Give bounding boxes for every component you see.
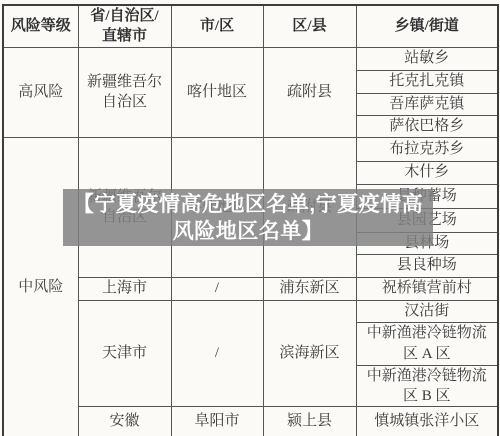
county-cell: 滨海新区 bbox=[263, 300, 356, 407]
township-cell: 托克扎克镇 bbox=[356, 70, 498, 93]
township-cell: 县良种场 bbox=[356, 254, 498, 277]
watermark-overlay: 【宁夏疫情高危地区名单,宁夏疫情高 风险地区名单】 bbox=[63, 189, 433, 246]
city-cell: / bbox=[171, 277, 263, 300]
province-cell: 安徽 bbox=[78, 407, 171, 436]
risk-level-cell-medium: 中风险 bbox=[3, 137, 78, 436]
township-cell: 布拉克苏乡 bbox=[356, 137, 498, 161]
table-row: 中风险 新疆维吾尔 自治区 喀什地区 疏附县 布拉克苏乡 bbox=[3, 137, 498, 161]
province-cell: 天津市 bbox=[78, 300, 171, 407]
table-row: 天津市 / 滨海新区 汉沽街 bbox=[3, 300, 498, 322]
header-city: 市/区 bbox=[171, 5, 263, 47]
province-cell: 上海市 bbox=[78, 277, 171, 300]
township-cell: 萨依巴格乡 bbox=[356, 115, 498, 137]
header-county: 区/县 bbox=[263, 5, 356, 47]
city-cell: / bbox=[171, 300, 263, 407]
city-cell: 喀什地区 bbox=[171, 47, 263, 137]
header-province: 省/自治区/ 直辖市 bbox=[78, 5, 171, 47]
watermark-line-1: 【宁夏疫情高危地区名单,宁夏疫情高 bbox=[73, 191, 423, 218]
header-township: 乡镇/街道 bbox=[356, 5, 498, 47]
header-risk-level: 风险等级 bbox=[3, 5, 78, 47]
county-cell: 疏附县 bbox=[263, 47, 356, 137]
risk-level-cell-high: 高风险 bbox=[3, 47, 78, 137]
city-cell: 阜阳市 bbox=[171, 407, 263, 436]
province-cell: 新疆维吾尔 自治区 bbox=[78, 47, 171, 137]
county-cell: 颍上县 bbox=[263, 407, 356, 436]
township-cell: 祝桥镇营前村 bbox=[356, 277, 498, 300]
table-row: 安徽 阜阳市 颍上县 慎城镇张洋小区 bbox=[3, 407, 498, 436]
township-cell: 站敏乡 bbox=[356, 47, 498, 70]
township-cell: 木什乡 bbox=[356, 161, 498, 184]
township-cell: 汉沽街 bbox=[356, 300, 498, 322]
township-cell: 慎城镇张洋小区 bbox=[356, 407, 498, 436]
table-row: 高风险 新疆维吾尔 自治区 喀什地区 疏附县 站敏乡 bbox=[3, 47, 498, 70]
watermark-line-2: 风险地区名单】 bbox=[173, 218, 324, 245]
table-row: 上海市 / 浦东新区 祝桥镇营前村 bbox=[3, 277, 498, 300]
township-cell: 吾库萨克镇 bbox=[356, 93, 498, 115]
county-cell: 浦东新区 bbox=[263, 277, 356, 300]
township-cell: 中新渔港冷链物流 区 B 区 bbox=[356, 365, 498, 407]
township-cell: 中新渔港冷链物流 区 A 区 bbox=[356, 322, 498, 365]
table-header-row: 风险等级 省/自治区/ 直辖市 市/区 区/县 乡镇/街道 bbox=[3, 5, 498, 47]
